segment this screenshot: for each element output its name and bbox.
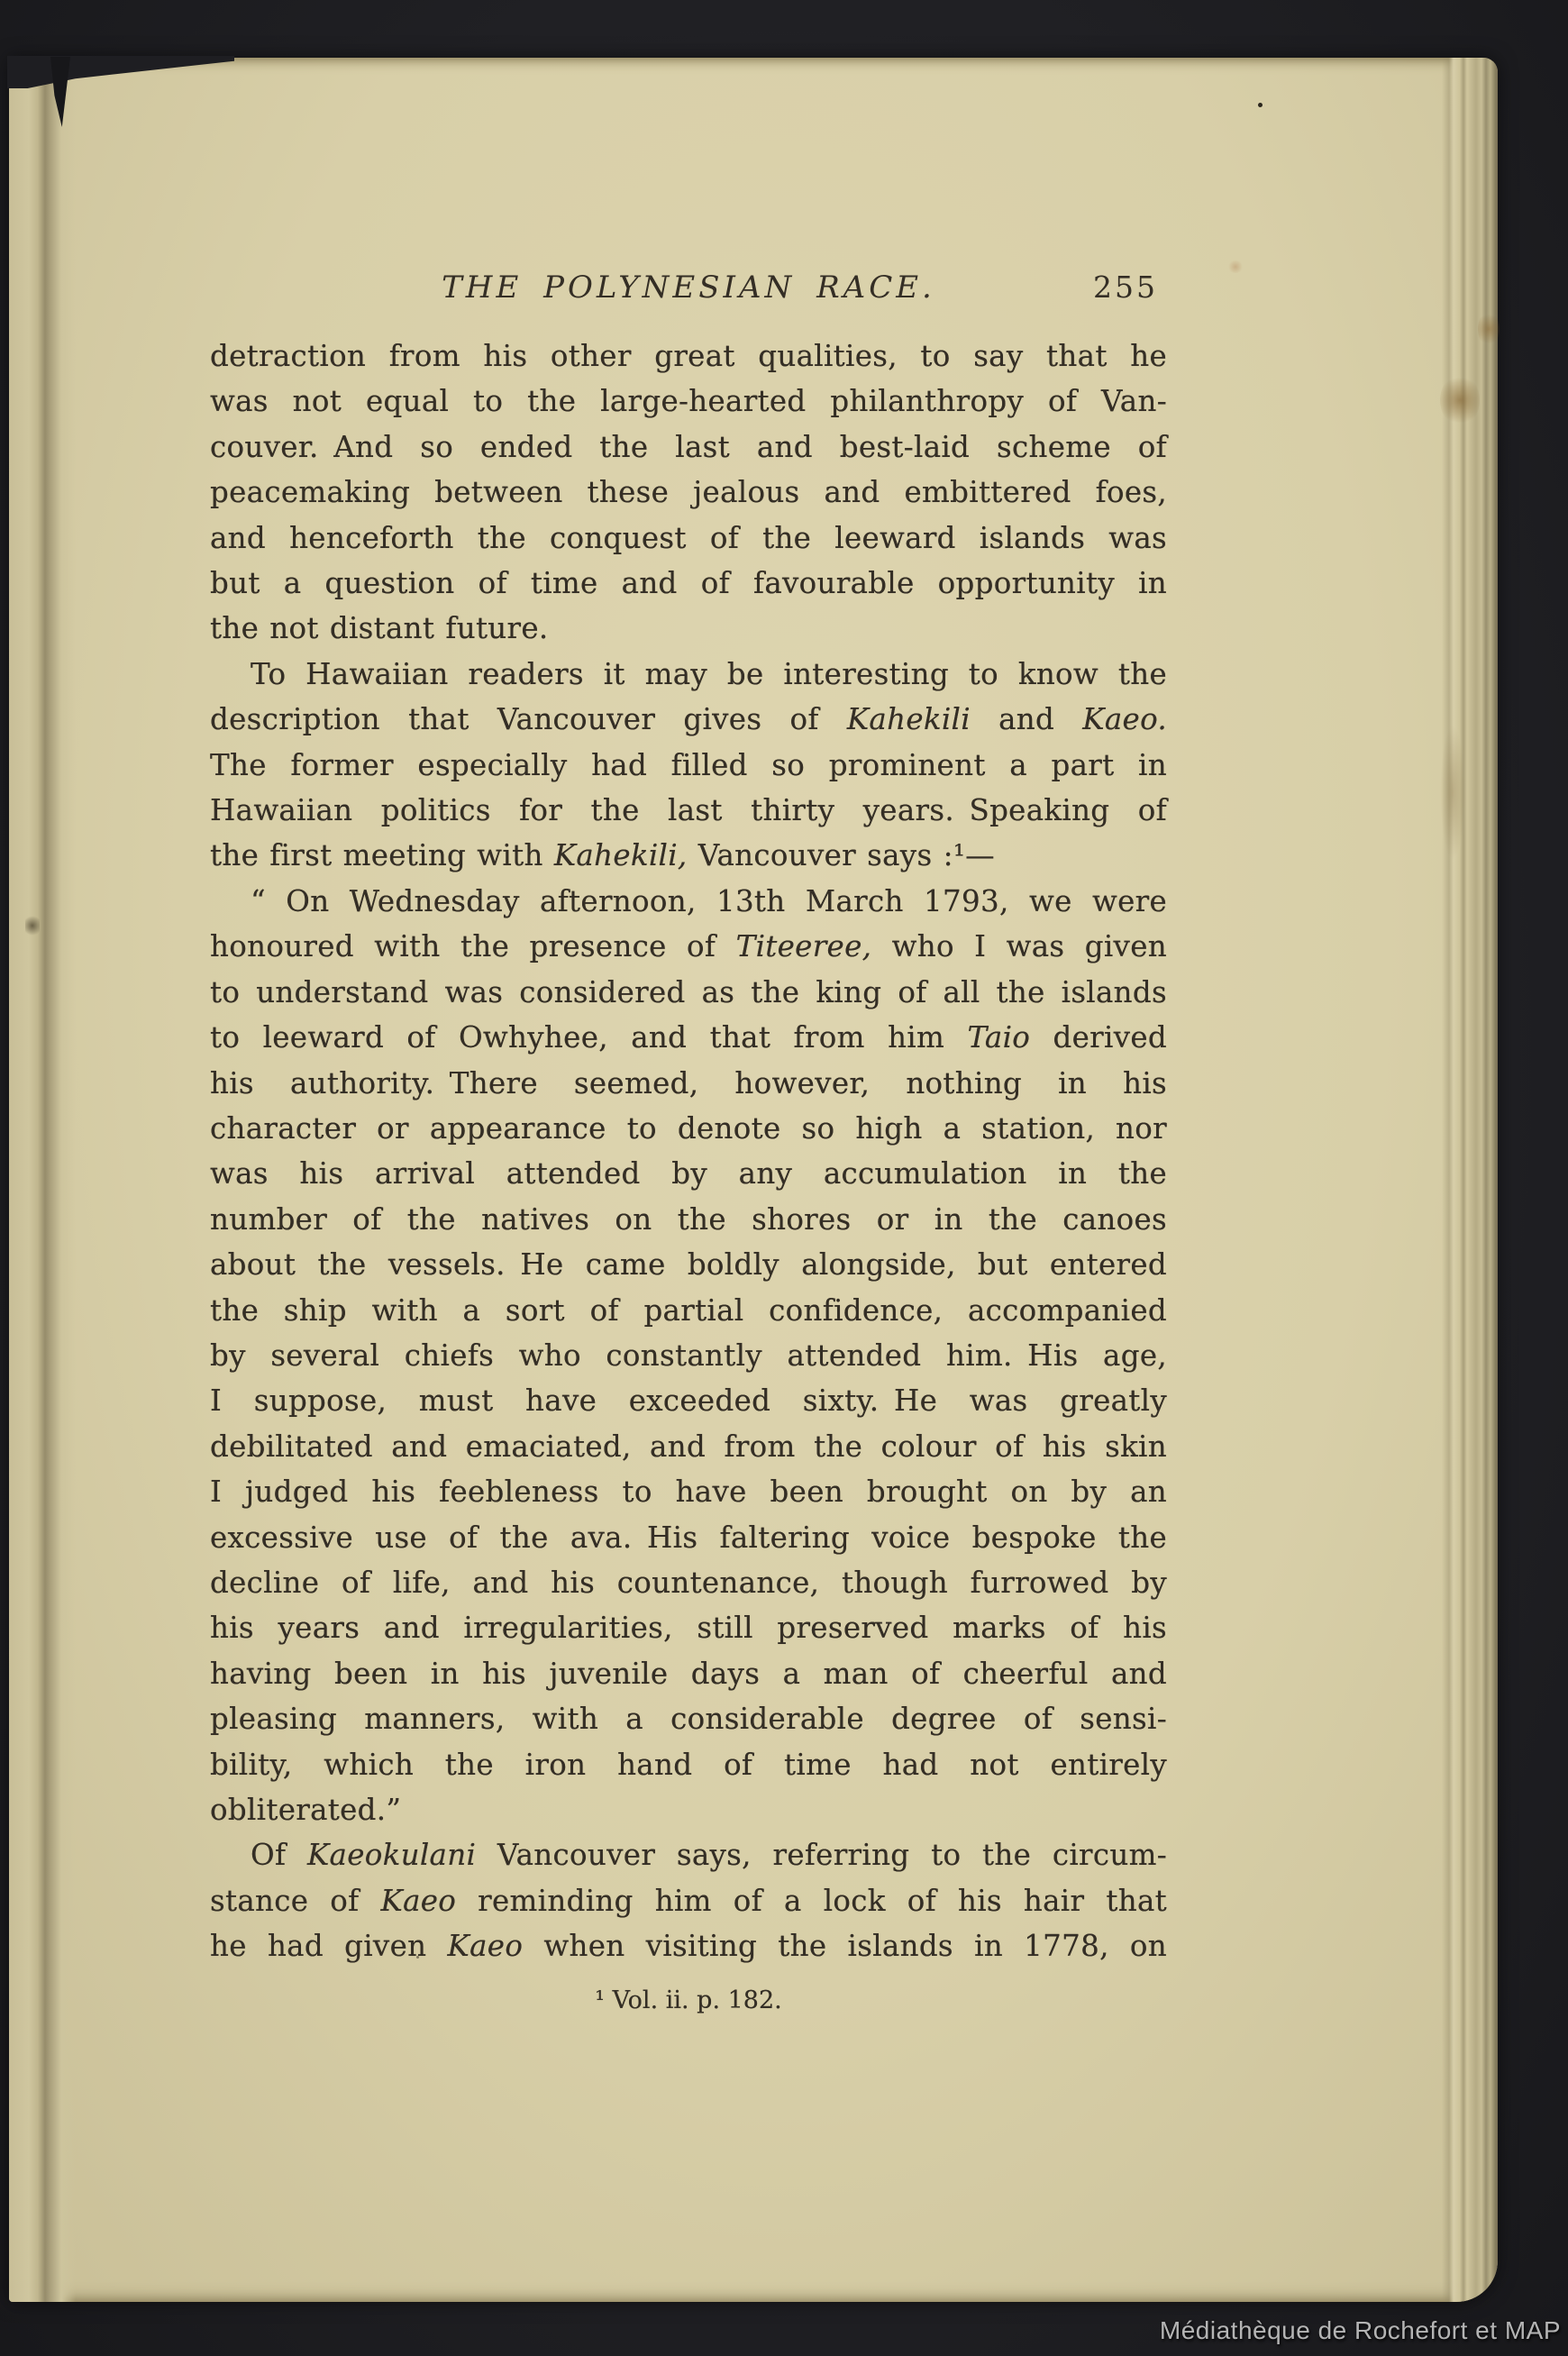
text-line: about the vessels. He came boldly alongs…	[210, 1242, 1167, 1287]
text-line: excessive use of the ava. His faltering …	[210, 1515, 1167, 1560]
text-line: decline of life, and his countenance, th…	[210, 1560, 1167, 1605]
text-line: to understand was considered as the king…	[210, 970, 1167, 1015]
text-line: by several chiefs who constantly attende…	[210, 1333, 1167, 1378]
paragraph: detraction from his other great qualitie…	[210, 333, 1167, 652]
text-line: detraction from his other great qualitie…	[210, 333, 1167, 379]
text-line: was not equal to the large-hearted phila…	[210, 379, 1167, 424]
text-line: having been in his juvenile days a man o…	[210, 1651, 1167, 1696]
text-line: Hawaiian politics for the last thirty ye…	[210, 788, 1167, 833]
text-line: I judged his feebleness to have been bro…	[210, 1469, 1167, 1514]
page-body: detraction from his other great qualitie…	[210, 333, 1167, 1969]
deckle-top-edge	[7, 56, 234, 88]
paper-stain	[1478, 311, 1500, 347]
text-line: he had given Kaeo when visiting the isla…	[210, 1923, 1167, 1968]
text-line: debilitated and emaciated, and from the …	[210, 1424, 1167, 1469]
paper-stain	[1440, 725, 1465, 860]
watermark: Médiathèque de Rochefort et MAP	[1160, 2316, 1561, 2345]
paper-stain	[1227, 260, 1244, 273]
text-line: bility, which the iron hand of time had …	[210, 1742, 1167, 1787]
text-line: but a question of time and of favourable…	[210, 561, 1167, 606]
text-line: pleasing manners, with a considerable de…	[210, 1696, 1167, 1741]
text-line: Of Kaeokulani Vancouver says, referring …	[210, 1832, 1167, 1877]
text-line: number of the natives on the shores or i…	[210, 1197, 1167, 1242]
text-line: peacemaking between these jealous and em…	[210, 470, 1167, 515]
text-line: character or appearance to denote so hig…	[210, 1106, 1167, 1151]
text-line: the first meeting with Kahekili, Vancouv…	[210, 833, 1167, 878]
text-line: obliterated.”	[210, 1787, 1167, 1832]
paragraph: Of Kaeokulani Vancouver says, referring …	[210, 1832, 1167, 1968]
paper-speck	[1258, 103, 1263, 107]
text-line: his years and irregularities, still pres…	[210, 1605, 1167, 1650]
page-number: 255	[1093, 267, 1158, 308]
page-title: THE POLYNESIAN RACE.	[442, 269, 935, 306]
text-line: his authority. There seemed, however, no…	[210, 1061, 1167, 1106]
text-line: couver. And so ended the last and best-l…	[210, 425, 1167, 470]
book-photo: THE POLYNESIAN RACE. 255 detraction from…	[0, 0, 1568, 2356]
text-line: stance of Kaeo reminding him of a lock o…	[210, 1878, 1167, 1923]
text-line: honoured with the presence of Titeeree, …	[210, 924, 1167, 969]
gutter-nick-mark	[25, 915, 40, 936]
book-page: THE POLYNESIAN RACE. 255 detraction from…	[9, 58, 1498, 2302]
footnote: ¹ Vol. ii. p. 182.	[210, 1986, 1167, 2016]
paragraph: To Hawaiian readers it may be interestin…	[210, 652, 1167, 879]
running-header: THE POLYNESIAN RACE. 255	[210, 267, 1167, 308]
text-line: To Hawaiian readers it may be interestin…	[210, 652, 1167, 697]
page-content: THE POLYNESIAN RACE. 255 detraction from…	[210, 267, 1167, 2016]
text-line: was his arrival attended by any accumula…	[210, 1151, 1167, 1196]
text-line: the not distant future.	[210, 606, 1167, 651]
text-line: “ On Wednesday afternoon, 13th March 179…	[210, 879, 1167, 924]
text-line: to leeward of Owhyhee, and that from him…	[210, 1015, 1167, 1060]
text-line: The former especially had filled so prom…	[210, 743, 1167, 788]
paragraph: “ On Wednesday afternoon, 13th March 179…	[210, 879, 1167, 1833]
text-line: and henceforth the conquest of the leewa…	[210, 516, 1167, 561]
paper-stain	[1440, 374, 1480, 426]
page-gutter-edge	[9, 58, 76, 2302]
text-line: I suppose, must have exceeded sixty. He …	[210, 1378, 1167, 1423]
text-line: the ship with a sort of partial confiden…	[210, 1288, 1167, 1333]
text-line: description that Vancouver gives of Kahe…	[210, 697, 1167, 742]
